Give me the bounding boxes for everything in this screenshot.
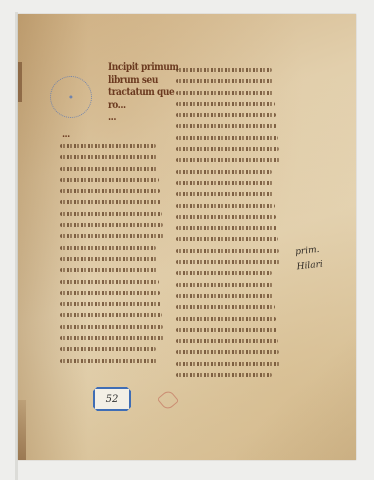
script-line (176, 226, 277, 230)
script-line (176, 317, 276, 321)
script-line (176, 215, 276, 219)
script-line (60, 336, 164, 340)
script-line (176, 91, 274, 95)
script-line (176, 237, 278, 241)
text-column-left (60, 144, 164, 370)
incipit-heading: Incipit primum librum seu tractatum que … (108, 62, 157, 125)
marginal-annotation: prim. Hilari (295, 243, 324, 276)
script-line (176, 294, 274, 298)
script-line (176, 305, 275, 309)
script-line (176, 249, 279, 253)
script-line (176, 192, 274, 196)
heading-line: librum seu (108, 75, 157, 88)
script-line (60, 189, 160, 193)
script-line (60, 268, 158, 272)
script-line (60, 302, 161, 306)
script-line (60, 325, 163, 329)
library-stamp-icon: ● (50, 76, 92, 118)
script-line (176, 68, 272, 72)
script-line (176, 181, 273, 185)
script-line (176, 339, 278, 343)
script-line (176, 373, 272, 377)
margin-note-line: Hilari (296, 258, 324, 276)
script-line (60, 347, 156, 351)
script-line (60, 280, 159, 284)
script-line (60, 178, 159, 182)
heading-line: ro... (108, 100, 157, 113)
script-line (60, 167, 158, 171)
script-line (60, 257, 157, 261)
script-line (176, 147, 279, 151)
script-line (60, 200, 161, 204)
script-line (176, 170, 272, 174)
script-line (60, 234, 164, 238)
script-line (176, 260, 280, 264)
script-line (176, 158, 280, 162)
script-line (60, 246, 156, 250)
script-line (60, 291, 160, 295)
script-line (60, 144, 156, 148)
script-line (176, 328, 277, 332)
folio-number-label: 52 (93, 387, 131, 411)
heading-wide-line: ... (62, 130, 164, 140)
script-line (176, 79, 273, 83)
script-line (176, 271, 272, 275)
script-line (176, 283, 273, 287)
script-line (60, 313, 162, 317)
folio-number: 52 (106, 394, 119, 405)
damaged-edge (18, 400, 26, 460)
script-line (176, 204, 275, 208)
heading-line: Incipit primum (108, 62, 157, 75)
script-line (60, 155, 157, 159)
script-line (176, 124, 277, 128)
script-line (176, 102, 275, 106)
text-column-right (176, 68, 280, 384)
script-line (176, 350, 279, 354)
script-line (60, 359, 157, 363)
script-line (60, 223, 163, 227)
binding-tab (18, 62, 22, 102)
script-line (176, 113, 276, 117)
heading-line: ... (108, 112, 157, 125)
script-line (60, 212, 162, 216)
script-line (176, 362, 280, 366)
heading-line: tractatum que (108, 87, 157, 100)
script-line (176, 136, 278, 140)
